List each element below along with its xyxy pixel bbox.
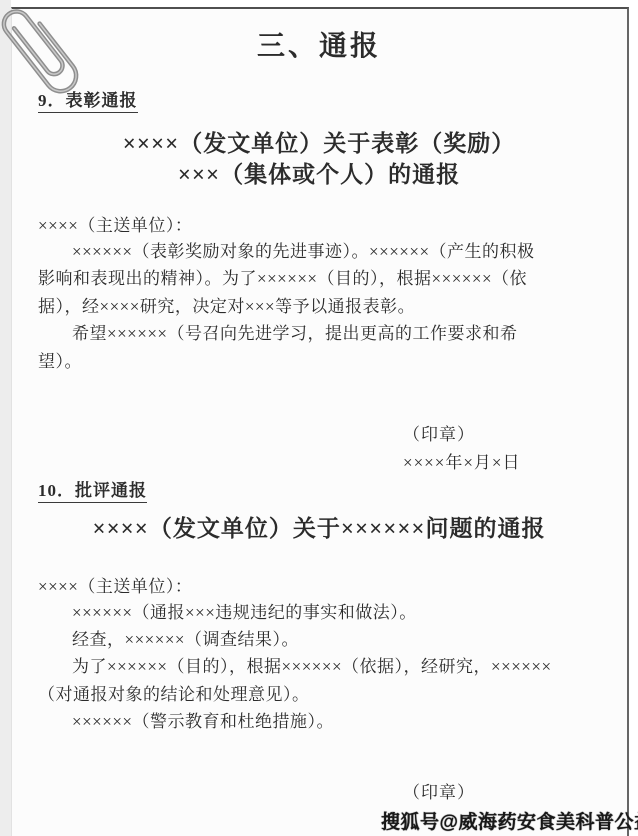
paragraph: ××××××（表彰奖励对象的先进事迹）。××××××（产生的积极 影响和表现出的… (38, 238, 616, 320)
paragraph: 经查，××××××（调查结果）。 (38, 626, 624, 653)
recipient-line-2: ××××（主送单位）： (38, 572, 192, 597)
recipient-line-1: ××××（主送单位）： (38, 211, 192, 236)
date-placeholder: ××××年×月×日 (403, 449, 521, 477)
section-10-body: ××××××（通报×××违规违纪的事实和做法）。 经查，××××××（调查结果）… (38, 599, 624, 735)
main-title: 三、通报 (0, 24, 638, 64)
paragraph: ××××××（通报×××违规违纪的事实和做法）。 (38, 599, 624, 626)
notice-title-line-1: ××××（发文单位）关于××××××问题的通报 (0, 513, 638, 544)
paragraph: 希望××××××（号召向先进学习，提出更高的工作要求和希 望）。 (38, 320, 616, 375)
notice-title-commendation: ××××（发文单位）关于表彰（奖励） ×××（集体或个人）的通报 (0, 128, 638, 190)
notice-title-line-1: ××××（发文单位）关于表彰（奖励） (0, 128, 638, 159)
section-10-heading: 10．批评通报 (38, 476, 147, 503)
sohu-watermark: 搜狐号@威海药安食美科普公益 (381, 807, 638, 834)
paragraph: 为了××××××（目的），根据××××××（依据），经研究，×××××× （对通… (38, 653, 624, 707)
document-page: 三、通报 9．表彰通报 ××××（发文单位）关于表彰（奖励） ×××（集体或个人… (0, 0, 638, 836)
notice-title-criticism: ××××（发文单位）关于××××××问题的通报 (0, 513, 638, 544)
section-10-heading-text: 10．批评通报 (38, 476, 147, 503)
seal-and-date-2: （印章） (403, 779, 475, 807)
section-9-body: ××××××（表彰奖励对象的先进事迹）。××××××（产生的积极 影响和表现出的… (38, 238, 616, 375)
paragraph: ××××××（警示教育和杜绝措施）。 (38, 708, 624, 735)
notice-title-line-2: ×××（集体或个人）的通报 (0, 159, 638, 190)
seal-placeholder: （印章） (403, 779, 475, 807)
seal-placeholder: （印章） (403, 421, 521, 449)
page-edge-shadow (0, 0, 11, 836)
seal-and-date-1: （印章） ××××年×月×日 (403, 421, 521, 476)
